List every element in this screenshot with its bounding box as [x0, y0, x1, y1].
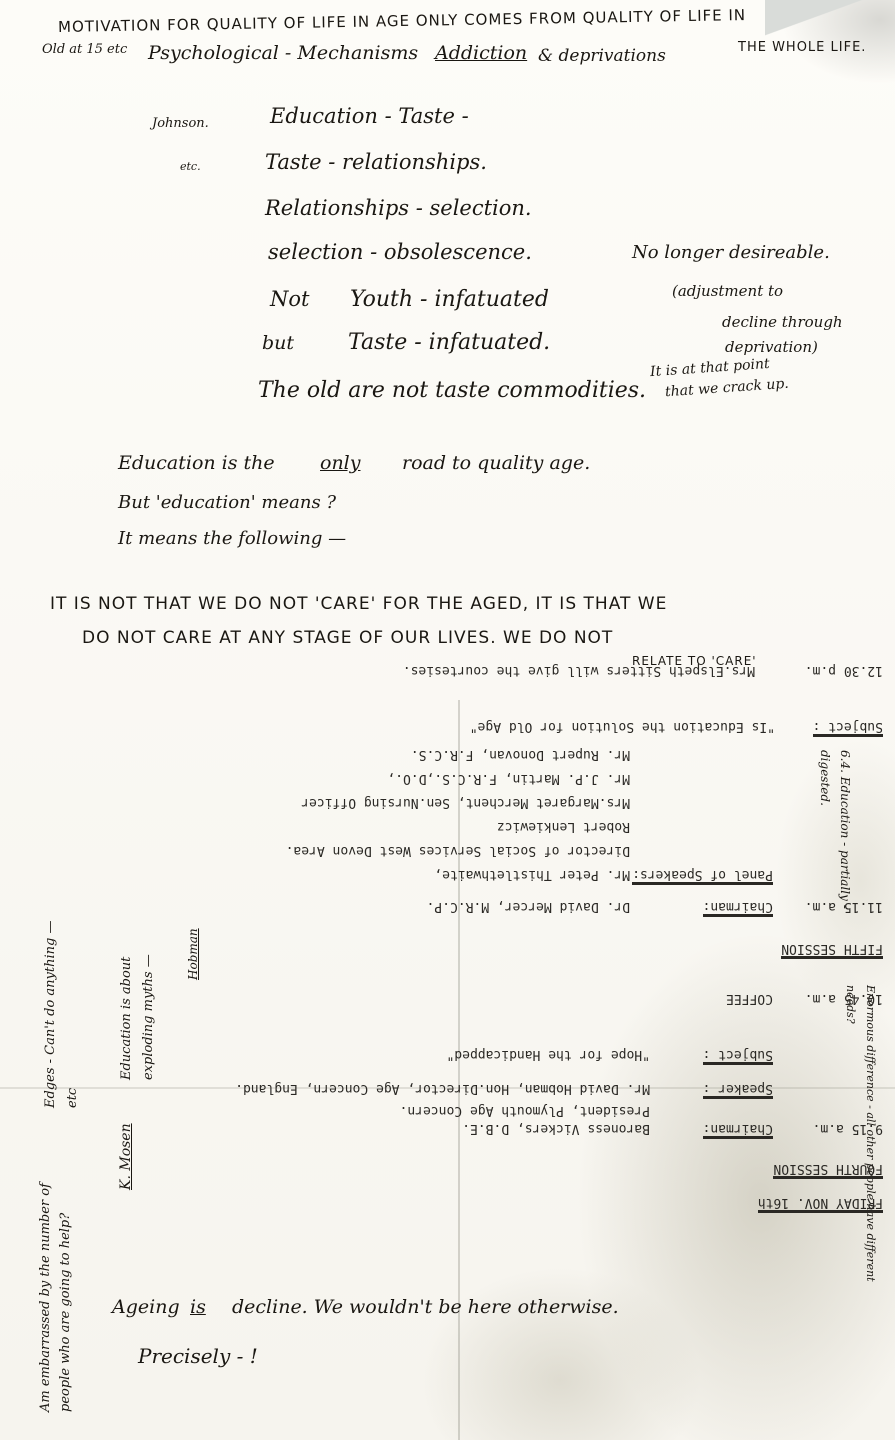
fourth-subject: "Hope for the Handicapped" — [447, 1047, 651, 1062]
fifth-chairman-label: Chairman: — [703, 899, 773, 914]
panel-speaker-6: Mr. Rupert Donovan, F.R.C.S. — [411, 747, 630, 762]
precisely-note: Precisely - ! — [138, 1344, 258, 1368]
margin-johnson: Johnson. — [152, 116, 209, 131]
panel-speaker-5: Mr. J.P. Martin, F.R.C.S.,D.O., — [387, 771, 630, 786]
fourth-chairman-label: Chairman: — [703, 1121, 773, 1136]
fourth-subject-label: Subject : — [703, 1047, 773, 1062]
chain-line-1: Education - Taste - — [270, 104, 469, 128]
addiction-word: Addiction — [435, 42, 527, 64]
margin-old-at-15: Old at 15 etc — [42, 42, 127, 57]
fourth-chairman-role: President, Plymouth Age Concern. — [400, 1103, 650, 1118]
no-longer-desireable: No longer desireable. — [632, 242, 830, 263]
closing-courtesies: Mrs.Elspeth Sitters will give the courte… — [403, 663, 755, 678]
fourth-chairman: Baroness Vickers, D.B.E. — [462, 1121, 650, 1136]
care-statement-1: IT IS NOT THAT WE DO NOT 'CARE' FOR THE … — [50, 594, 667, 614]
fourth-session-time: 9.15 a.m. — [813, 1121, 883, 1136]
care-statement-2: DO NOT CARE AT ANY STAGE OF OUR LIVES. W… — [82, 628, 613, 648]
adjustment-note-1: (adjustment to — [672, 282, 783, 300]
fifth-subject: "Is Education the Solution for Old Age" — [470, 719, 775, 734]
fifth-chairman: Dr. David Mercer, M.R.C.P. — [427, 899, 631, 914]
education-only-road-c: road to quality age. — [402, 452, 590, 474]
fourth-session-title: FOURTH SESSION — [773, 1161, 883, 1176]
ageing-is-decline-a: Ageing — [112, 1296, 180, 1318]
fifth-session-title: FIFTH SESSION — [781, 941, 883, 956]
fifth-subject-label: Subject : — [813, 719, 883, 734]
panel-speaker-2: Director of Social Services West Devon A… — [286, 843, 630, 858]
chain-line-2: Taste - relationships. — [265, 150, 487, 174]
folded-corner — [765, 0, 895, 40]
typed-programme-upside-down: 12.30 p.m. Mrs.Elspeth Sitters will give… — [0, 660, 895, 1260]
ageing-is-decline-c: decline. We wouldn't be here otherwise. — [232, 1296, 619, 1318]
but-label: but — [262, 332, 294, 354]
coffee-label: COFFEE — [726, 991, 773, 1006]
fourth-speaker: Mr. David Hobman, Hon.Director, Age Conc… — [235, 1081, 650, 1096]
taste-infatuated: Taste - infatuated. — [348, 330, 550, 355]
margin-etc: etc. — [180, 160, 201, 173]
panel-speaker-3: Robert Lenkiewicz — [497, 819, 630, 834]
coffee-time: 10.45 a.m. — [805, 991, 883, 1006]
panel-speaker-1: Mr. Peter Thistlethwaite, — [434, 867, 630, 882]
chain-line-3: Relationships - selection. — [265, 196, 532, 220]
chain-line-4: selection - obsolescence. — [268, 240, 532, 264]
deprivations-word: & deprivations — [538, 46, 666, 66]
education-only-road-a: Education is the — [118, 452, 275, 474]
programme-date: FRIDAY NOV. 16th — [758, 1195, 883, 1210]
not-label: Not — [270, 287, 309, 311]
panel-label: Panel of Speakers: — [632, 867, 773, 882]
it-means-following: It means the following — — [118, 528, 346, 549]
ageing-is-decline-b: is — [190, 1296, 206, 1318]
closing-time: 12.30 p.m. — [805, 663, 883, 678]
fifth-session-time: 11.15 a.m. — [805, 899, 883, 914]
adjustment-note-3: deprivation) — [725, 338, 818, 356]
old-not-commodities: The old are not taste commodities. — [258, 378, 646, 403]
youth-infatuated: Youth - infatuated — [350, 287, 549, 312]
adjustment-note-2: decline through — [722, 313, 843, 331]
education-only-road-b: only — [320, 452, 361, 474]
fourth-speaker-label: Speaker : — [703, 1081, 773, 1096]
but-education-means: But 'education' means ? — [118, 492, 336, 513]
psychological-mechanisms: Psychological - Mechanisms — [148, 42, 418, 64]
panel-speaker-4: Mrs.Margaret Merchent, Sen.Nursing Offic… — [301, 795, 630, 810]
the-whole-life: THE WHOLE LIFE. — [738, 40, 866, 55]
